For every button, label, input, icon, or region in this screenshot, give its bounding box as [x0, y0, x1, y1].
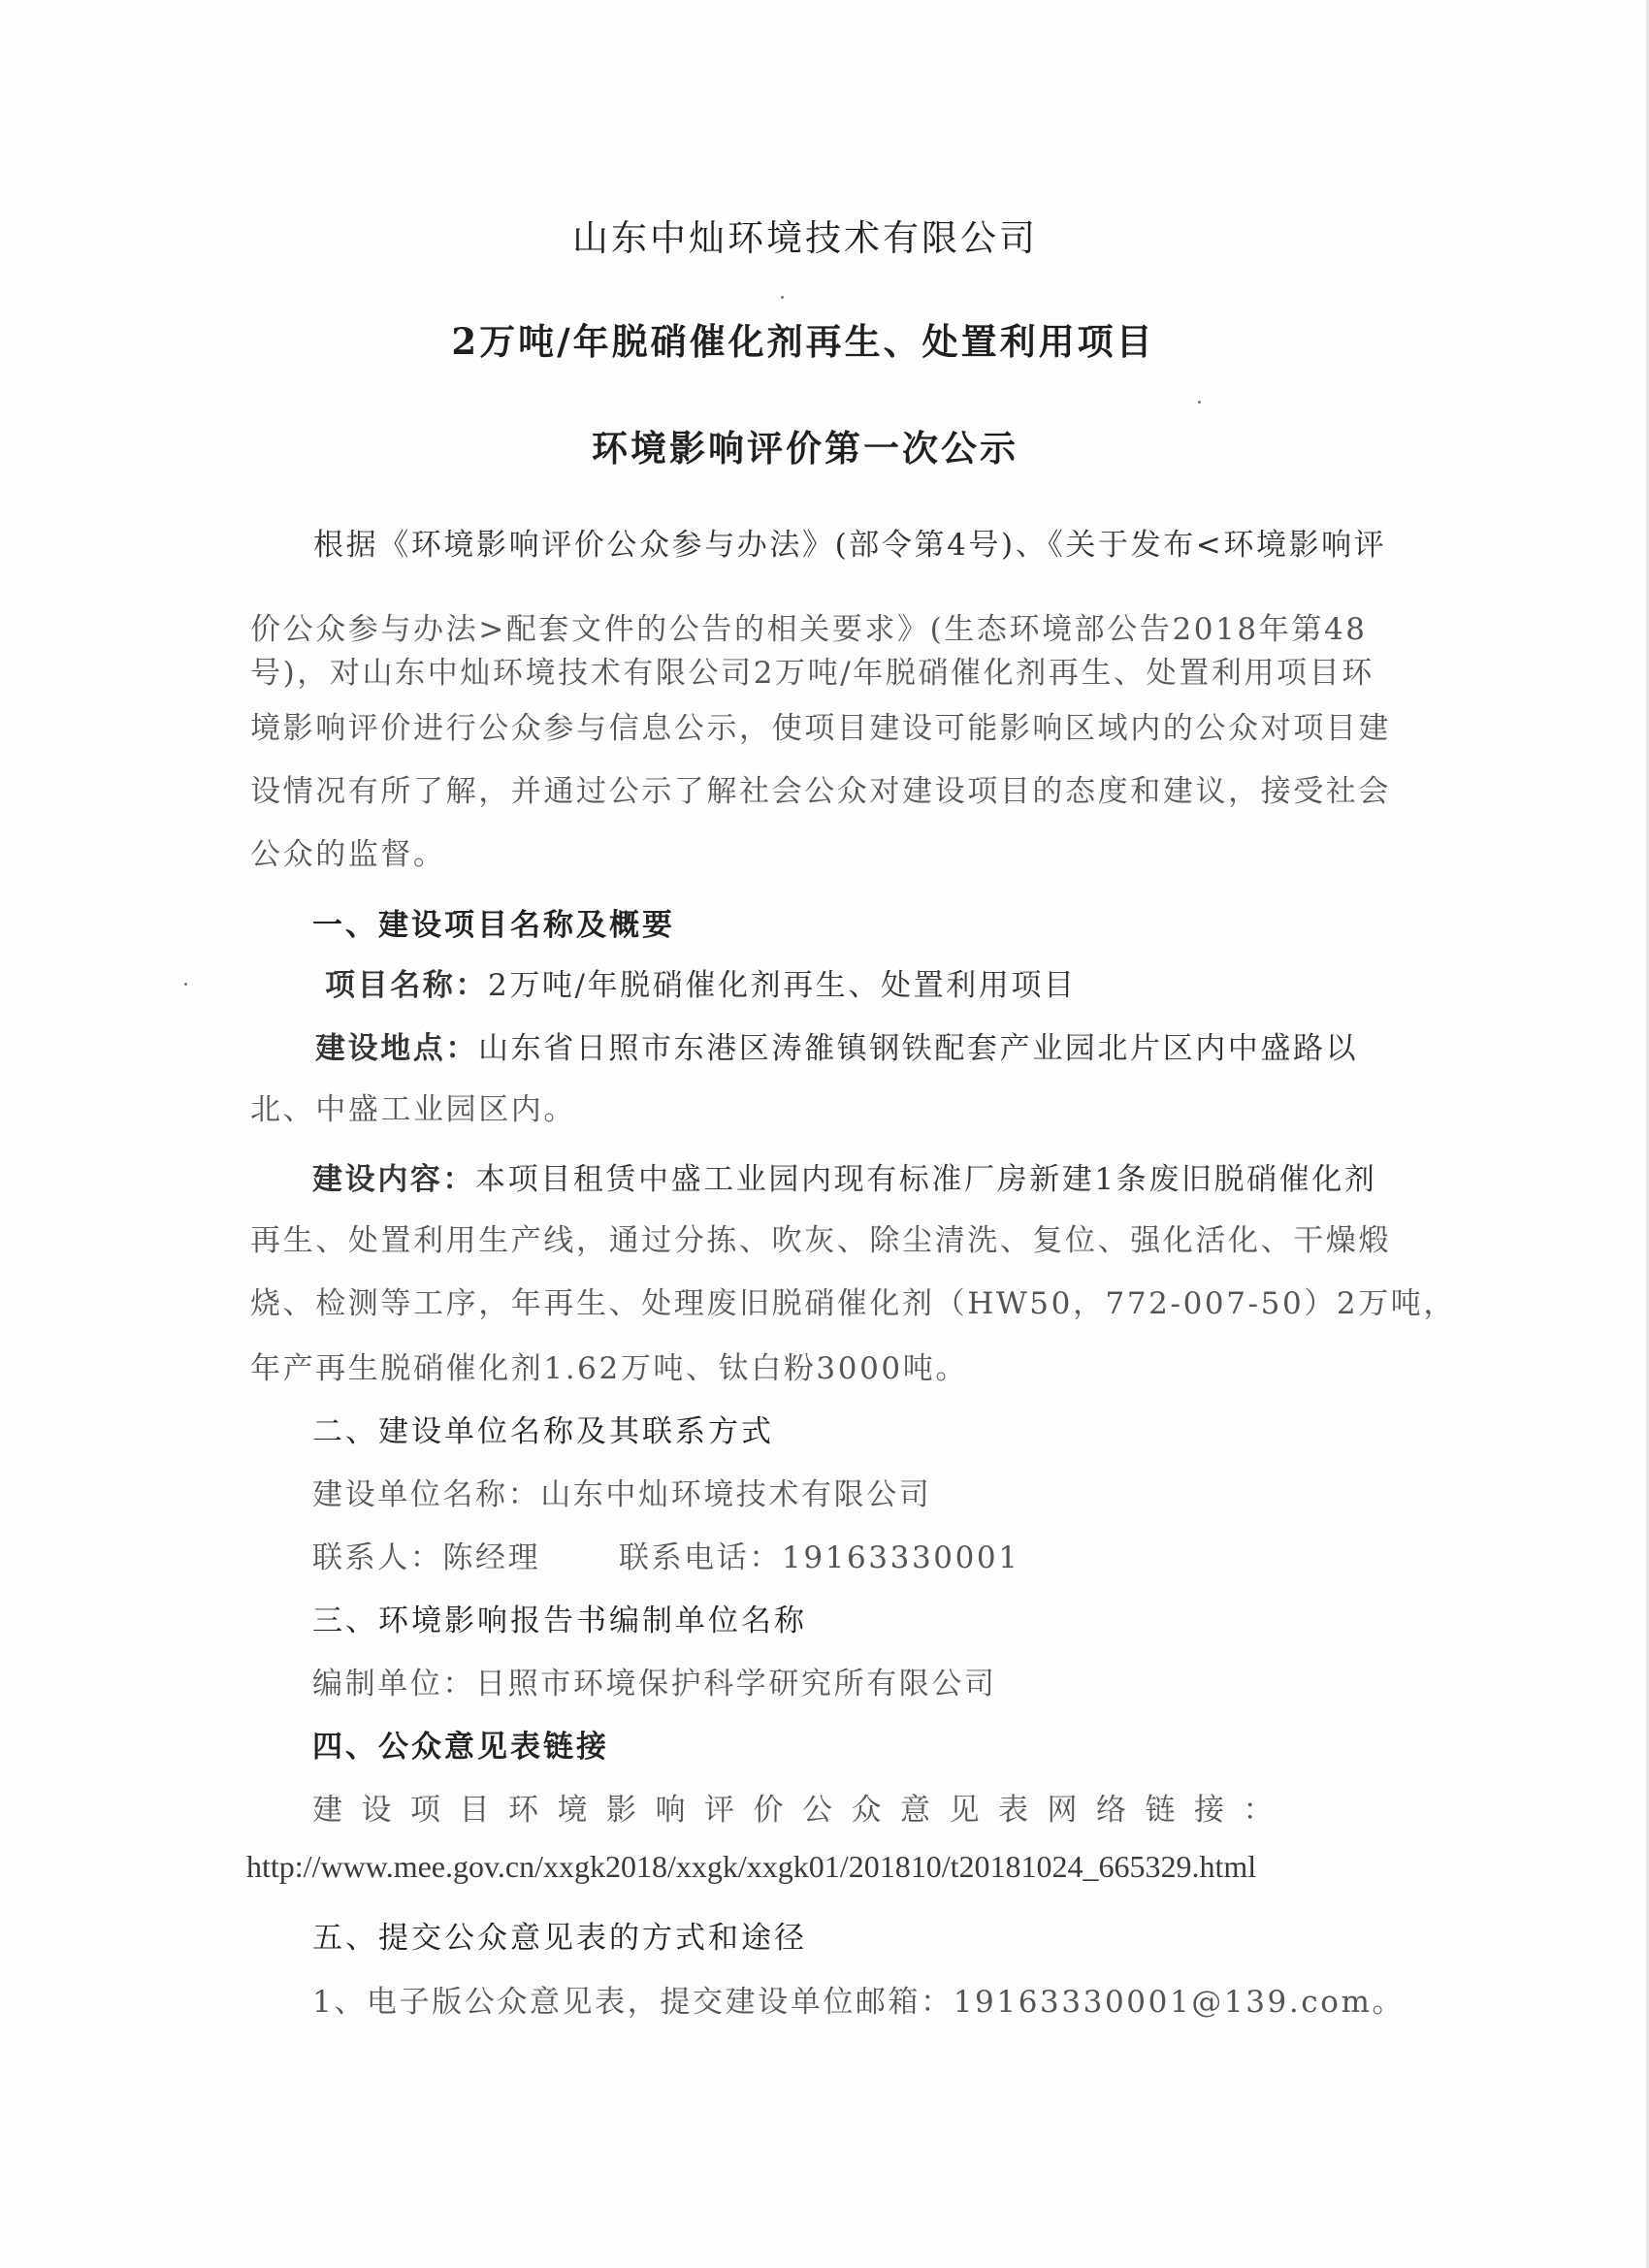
intro-line-2: 价公众参与办法>配套文件的公告的相关要求》(生态环境部公告2018年第48	[250, 604, 1368, 648]
notice-title: 环境影响评价第一次公示	[0, 419, 1630, 471]
intro-line-5: 设情况有所了解，并通过公示了解社会公众对建设项目的态度和建议，接受社会	[250, 766, 1391, 810]
preparer-line: 编制单位：日照市环境保护科学研究所有限公司	[312, 1659, 997, 1702]
contact-phone: 联系电话：19163330001	[619, 1533, 1020, 1576]
content-label: 建设内容：	[312, 1162, 475, 1197]
public-opinion-link[interactable]: http://www.mee.gov.cn/xxgk2018/xxgk/xxgk…	[246, 1849, 1256, 1885]
intro-line-3: 号)，对山东中灿环境技术有限公司2万吨/年脱硝催化剂再生、处置利用项目环	[250, 648, 1374, 692]
intro-line-1: 根据《环境影响评价公众参与办法》(部令第4号)、《关于发布<环境影响评	[313, 520, 1386, 564]
intro-line-6: 公众的监督。	[250, 829, 446, 873]
project-name-row: 项目名称：2万吨/年脱硝催化剂再生、处置利用项目	[325, 960, 1077, 1004]
project-name-label: 项目名称：	[325, 968, 488, 1003]
project-title: 2万吨/年脱硝催化剂再生、处置利用项目	[0, 312, 1628, 365]
content-line-3: 烧、检测等工序，年再生、处理废旧脱硝催化剂（HW50，772-007-50）2万…	[250, 1279, 1456, 1322]
scan-speck	[184, 983, 187, 986]
document-page: 山东中灿环境技术有限公司 2万吨/年脱硝催化剂再生、处置利用项目 环境影响评价第…	[0, 0, 1649, 2268]
section5-heading: 五、提交公众意见表的方式和途径	[312, 1913, 807, 1957]
location-line-2: 北、中盛工业园区内。	[250, 1085, 576, 1128]
section4-heading: 四、公众意见表链接	[312, 1722, 609, 1766]
section1-heading: 一、建设项目名称及概要	[312, 900, 675, 944]
email-submission-line: 1、电子版公众意见表，提交建设单位邮箱：19163330001@139.com。	[312, 1977, 1405, 2021]
intro-line-4: 境影响评价进行公众参与信息公示，使项目建设可能影响区域内的公众对项目建	[250, 703, 1391, 747]
location-line-1: 山东省日照市东港区涛雒镇钢铁配套产业园北片区内中盛路以	[478, 1031, 1358, 1066]
content-line-1: 本项目租赁中盛工业园内现有标准厂房新建1条废旧脱硝催化剂	[475, 1162, 1377, 1197]
section3-heading: 三、环境影响报告书编制单位名称	[312, 1596, 807, 1639]
link-label: 建设项目环境影响评价公众意见表网络链接：	[312, 1785, 1292, 1829]
section2-heading: 二、建设单位名称及其联系方式	[312, 1407, 774, 1450]
scan-speck	[1198, 401, 1201, 404]
unit-name-line: 建设单位名称：山东中灿环境技术有限公司	[312, 1470, 931, 1513]
scan-speck	[781, 296, 784, 299]
contact-person: 联系人：陈经理	[312, 1533, 540, 1576]
content-line-4: 年产再生脱硝催化剂1.62万吨、钛白粉3000吨。	[250, 1344, 968, 1387]
content-line-2: 再生、处置利用生产线，通过分拣、吹灰、除尘清洗、复位、强化活化、干燥煅	[250, 1215, 1391, 1259]
location-row: 建设地点：山东省日照市东港区涛雒镇钢铁配套产业园北片区内中盛路以	[315, 1023, 1358, 1067]
project-name-value: 2万吨/年脱硝催化剂再生、处置利用项目	[488, 968, 1077, 1003]
content-row: 建设内容：本项目租赁中盛工业园内现有标准厂房新建1条废旧脱硝催化剂	[312, 1154, 1377, 1198]
location-label: 建设地点：	[315, 1031, 478, 1066]
company-title: 山东中灿环境技术有限公司	[0, 209, 1630, 261]
